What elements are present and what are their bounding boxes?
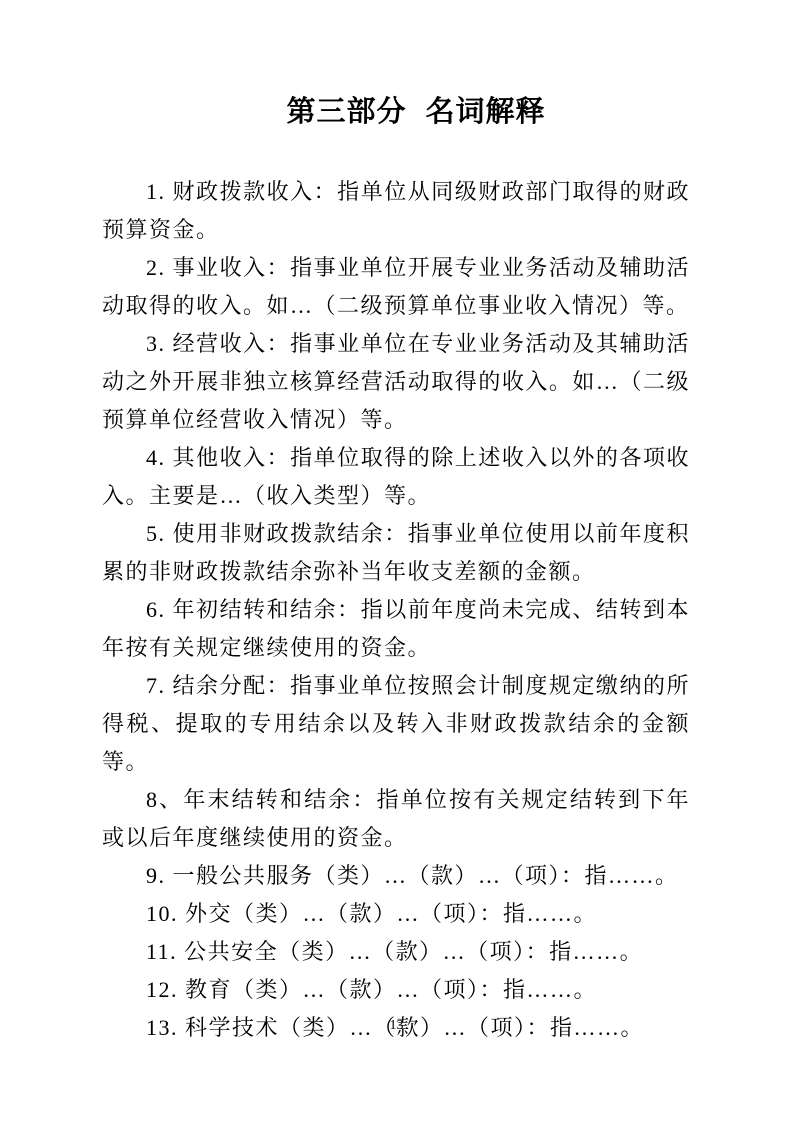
glossary-paragraph: 10. 外交（类）…（款）…（项）：指……。: [102, 895, 690, 933]
glossary-paragraph: 3. 经营收入：指事业单位在专业业务活动及其辅助活动之外开展非独立核算经营活动取…: [102, 325, 690, 439]
glossary-paragraph: 8、年末结转和结余：指单位按有关规定结转到下年或以后年度继续使用的资金。: [102, 781, 690, 857]
glossary-paragraph: 12. 教育（类）…（款）…（项）：指……。: [102, 971, 690, 1009]
glossary-paragraph: 4. 其他收入：指单位取得的除上述收入以外的各项收入。主要是…（收入类型）等。: [102, 439, 690, 515]
glossary-paragraph-list: 1. 财政拨款收入：指单位从同级财政部门取得的财政预算资金。2. 事业收入：指事…: [102, 173, 690, 1047]
glossary-paragraph: 9. 一般公共服务（类）…（款）…（项）：指……。: [102, 857, 690, 895]
glossary-paragraph: 1. 财政拨款收入：指单位从同级财政部门取得的财政预算资金。: [102, 173, 690, 249]
page-number: 13: [0, 1018, 793, 1034]
glossary-paragraph: 5. 使用非财政拨款结余：指事业单位使用以前年度积累的非财政拨款结余弥补当年收支…: [102, 515, 690, 591]
glossary-paragraph: 6. 年初结转和结余：指以前年度尚未完成、结转到本年按有关规定继续使用的资金。: [102, 591, 690, 667]
glossary-paragraph: 2. 事业收入：指事业单位开展专业业务活动及辅助活动取得的收入。如…（二级预算单…: [102, 249, 690, 325]
glossary-paragraph: 11. 公共安全（类）…（款）…（项）：指……。: [102, 933, 690, 971]
glossary-paragraph: 7. 结余分配：指事业单位按照会计制度规定缴纳的所得税、提取的专用结余以及转入非…: [102, 667, 690, 781]
document-page: 第三部分 名词解释 1. 财政拨款收入：指单位从同级财政部门取得的财政预算资金。…: [0, 0, 793, 1122]
page-title: 第三部分 名词解释: [122, 92, 710, 132]
